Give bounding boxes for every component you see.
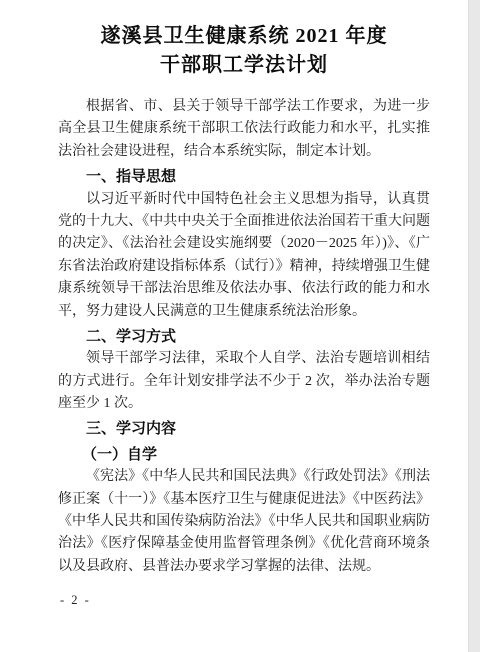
body-line: 康系统领导干部法治思维及依法办事、依法行政的能力和水	[58, 278, 430, 300]
body-line: 东省法治政府建设指标体系（试行）》精神，持续增强卫生健	[58, 256, 430, 278]
body-line: 的决定》、《法治社会建设实施纲要（2020－2025 年）)》、《广	[58, 233, 430, 255]
document-title-line2: 干部职工学法计划	[58, 51, 430, 80]
body-line: 以习近平新时代中国特色社会主义思想为指导，认真贯彻	[58, 189, 430, 211]
sub-heading-self-study: （一）自学	[58, 444, 430, 466]
body-line: 法治社会建设进程，结合本系统实际，制定本计划。	[58, 141, 430, 163]
body-line: 以及县政府、县普法办要求学习掌握的法律、法规。	[58, 556, 430, 578]
section-heading-3: 三、学习内容	[58, 418, 430, 440]
document-body: 根据省、市、县关于领导干部学法工作要求，为进一步提 高全县卫生健康系统干部职工依…	[58, 96, 430, 578]
body-line: 领导干部学习法律，采取个人自学、法治专题培训相结合	[58, 348, 430, 370]
body-line: 的方式进行。全年计划安排学法不少于 2 次，举办法治专题讲	[58, 371, 430, 393]
body-line: 修正案（十一）》《基本医疗卫生与健康促进法》《中医药法》	[58, 489, 430, 511]
body-line: 高全县卫生健康系统干部职工依法行政能力和水平，扎实推进	[58, 118, 430, 140]
document-page: 遂溪县卫生健康系统 2021 年度 干部职工学法计划 根据省、市、县关于领导干部…	[0, 0, 480, 652]
page-number: - 2 -	[60, 593, 91, 608]
section-heading-1: 一、指导思想	[58, 166, 430, 188]
section-heading-2: 二、学习方式	[58, 326, 430, 348]
body-line: 治法》《医疗保障基金使用监督管理条例》《优化营商环境条例》	[58, 533, 430, 555]
body-line: 《中华人民共和国传染病防治法》《中华人民共和国职业病防	[58, 511, 430, 533]
body-line: 座至少 1 次。	[58, 393, 430, 415]
body-line: 党的十九大、《中共中央关于全面推进依法治国若干重大问题	[58, 211, 430, 233]
body-line: 《宪法》《中华人民共和国民法典》《行政处罚法》《刑法	[58, 466, 430, 488]
body-line: 根据省、市、县关于领导干部学法工作要求，为进一步提	[58, 96, 430, 118]
document-title-line1: 遂溪县卫生健康系统 2021 年度	[58, 22, 430, 51]
page-edge-strip	[468, 0, 480, 652]
body-line: 平，努力建设人民满意的卫生健康系统法治形象。	[58, 301, 430, 323]
document-title: 遂溪县卫生健康系统 2021 年度 干部职工学法计划	[58, 22, 430, 80]
